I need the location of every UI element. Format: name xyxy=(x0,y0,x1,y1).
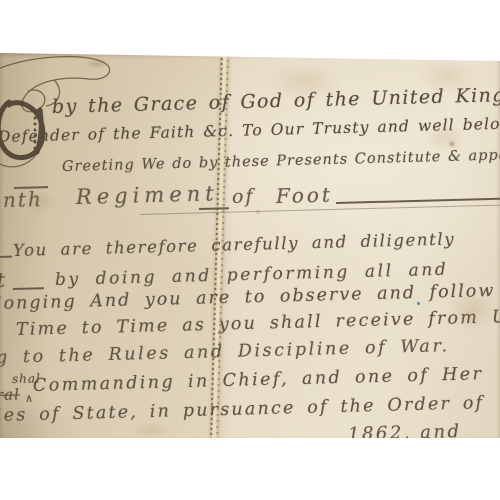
line-of-word: of xyxy=(232,185,255,208)
blank-fill-rule xyxy=(13,287,44,289)
blank-fill-rule xyxy=(336,198,500,204)
line-struck-ral: ral xyxy=(0,385,20,404)
line-foot-word: Foot xyxy=(276,183,334,208)
line-regiment-fragment: nth xyxy=(3,187,43,212)
line-state-pursuance: ies of State, in pursuance of the Order … xyxy=(0,393,485,426)
photo-canvas: by the Grace of God of the United Kingdo… xyxy=(0,0,500,500)
blank-fill-rule xyxy=(0,256,12,258)
line-greeting: Greeting We do by these Presents Constit… xyxy=(62,147,500,175)
parchment-document: by the Grace of God of the United Kingdo… xyxy=(0,52,500,438)
insertion-caret-mark: ∧ xyxy=(25,392,33,405)
line-year-1862: 1862, and xyxy=(348,421,462,438)
line-time-to-time: Time to Time as you shall receive from U… xyxy=(16,307,500,340)
line-rules-discipline: g to the Rules and Discipline of War. xyxy=(0,336,450,368)
line-commanding-in-chief: Commanding in Chief, and one of Her xyxy=(33,364,484,396)
line-t-fragment: t xyxy=(0,268,5,292)
line-regiment-word: Regiment xyxy=(76,181,219,209)
line-carefully-diligently: You are therefore carefully and diligent… xyxy=(13,229,456,260)
blue-ink-dot xyxy=(417,302,420,305)
